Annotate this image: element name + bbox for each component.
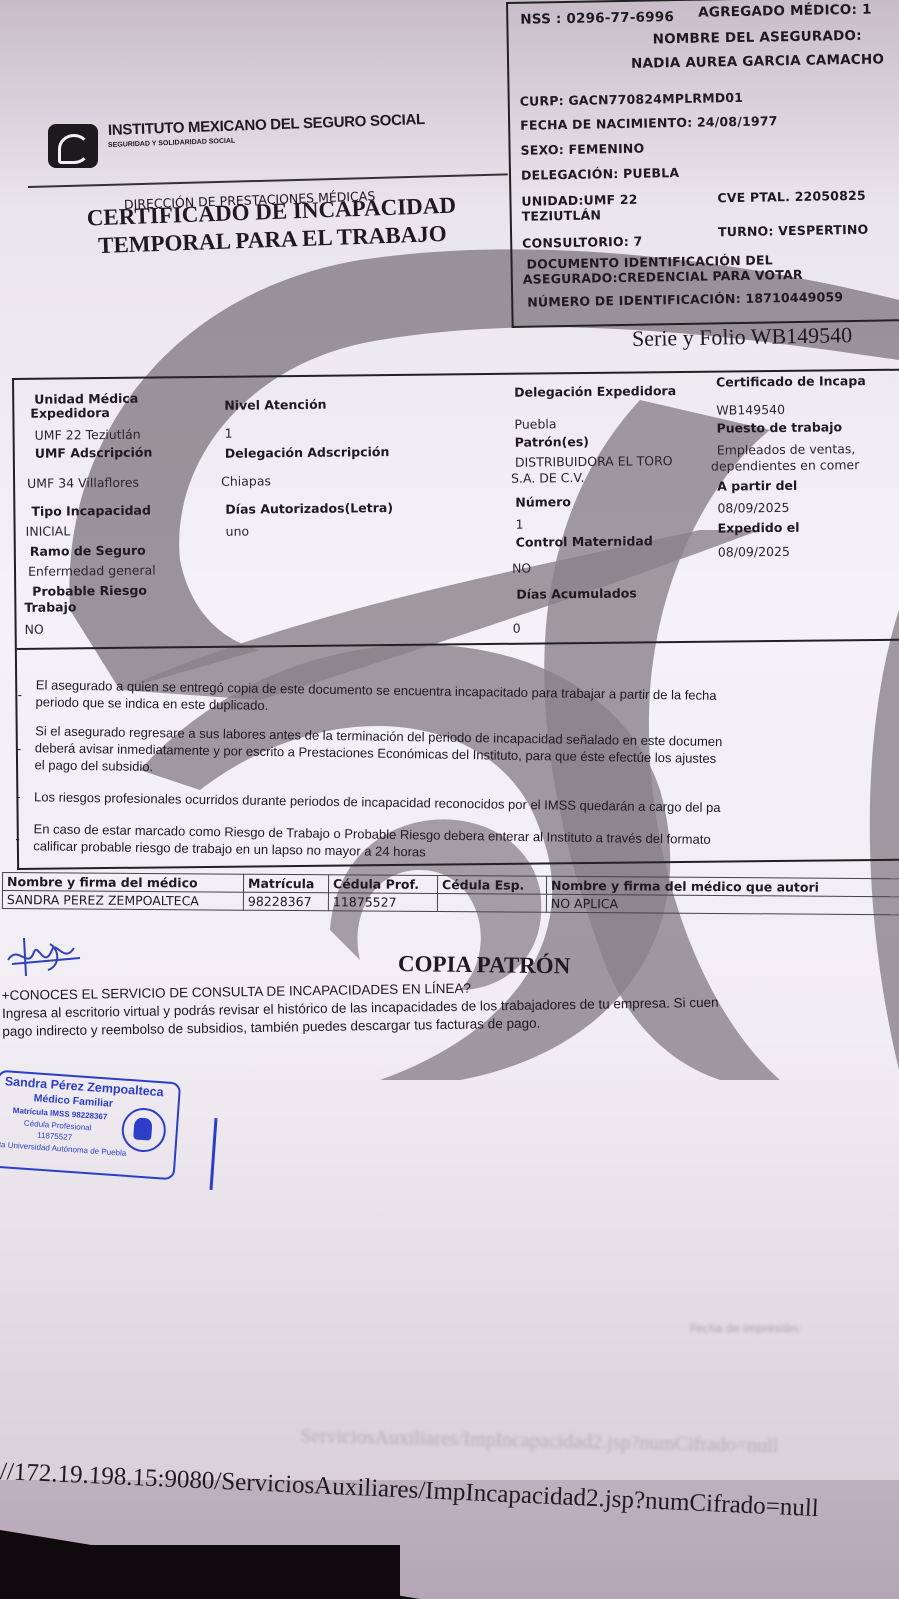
riesgo-value: NO [25, 622, 44, 637]
puesto-trabajo-value-2: dependientes en comer [711, 457, 860, 474]
expedido-value: 08/09/2025 [718, 544, 790, 560]
imss-logo-icon [48, 124, 98, 168]
doctor-table: Nombre y firma del médico Matrícula Cédu… [2, 872, 899, 915]
cell-cedula-prof: 11875527 [328, 893, 437, 912]
stamp-cedula: 11875527 [37, 1131, 73, 1142]
dias-acumulados-label: Días Acumulados [516, 585, 637, 601]
puesto-trabajo-value-1: Empleados de ventas, [717, 441, 856, 457]
unidad-medica-label-2: Expedidora [30, 405, 110, 421]
signature-icon [4, 930, 84, 980]
riesgo-label-2: Trabajo [24, 599, 76, 615]
ramo-seguro-label: Ramo de Seguro [30, 543, 146, 559]
unidad-medica-value: UMF 22 Teziutlán [35, 427, 141, 443]
dias-acumulados-value: 0 [513, 621, 521, 636]
delegacion-expedidora-label: Delegación Expedidora [514, 383, 676, 400]
cell-nombre-medico: SANDRA PEREZ ZEMPOALTECA [2, 891, 243, 911]
serie-folio: Serie y Folio WB149540 [632, 322, 853, 352]
nivel-atencion-label: Nivel Atención [224, 397, 326, 413]
col-cedula-esp: Cédula Esp. [437, 876, 546, 895]
unit-line-1: UNIDAD:UMF 22 [521, 192, 637, 209]
agregado-medico: AGREGADO MÉDICO: 1 [698, 2, 872, 21]
delegacion-adscripcion-value: Chiapas [221, 473, 271, 489]
certificado-label: Certificado de Incapa [716, 373, 866, 390]
id-number: NÚMERO DE IDENTIFICACIÓN: 18710449059 [527, 289, 843, 310]
cell-cedula-esp [437, 894, 546, 913]
patron-label: Patrón(es) [515, 434, 589, 450]
ramo-seguro-value: Enfermedad general [28, 563, 156, 579]
nivel-atencion-value: 1 [225, 426, 233, 441]
certificado-value: WB149540 [716, 402, 785, 418]
consultorio: CONSULTORIO: 7 [522, 234, 642, 251]
curp: CURP: GACN770824MPLRMD01 [520, 90, 744, 109]
delegacion-expedidora-value: Puebla [514, 416, 556, 431]
dias-autorizados-value: uno [226, 524, 250, 539]
nss: NSS : 0296-77-6996 [520, 9, 674, 28]
puesto-trabajo-label: Puesto de trabajo [716, 419, 842, 435]
doctor-stamp: Sandra Pérez Zempoalteca Médico Familiar… [0, 1070, 181, 1181]
dias-autorizados-label: Días Autorizados(Letra) [225, 500, 393, 517]
insured-name-label: NOMBRE DEL ASEGURADO: [653, 28, 862, 48]
patron-value-2: S.A. DE C.V. [511, 470, 584, 486]
document-photo: INSTITUTO MEXICANO DEL SEGURO SOCIAL SEG… [0, 0, 899, 1599]
patron-value-1: DISTRIBUIDORA EL TORO [515, 453, 673, 470]
unit-line-2: TEZIUTLÁN [522, 207, 602, 223]
a-partir-label: A partir del [717, 478, 797, 494]
umf-adscripcion-value: UMF 34 Villaflores [27, 475, 139, 491]
stamp-university: rita Universidad Autónoma de Puebla [0, 1140, 127, 1158]
riesgo-label-1: Probable Riesgo [32, 583, 147, 599]
birth-date: FECHA DE NACIMIENTO: 24/08/1977 [520, 113, 778, 132]
insured-info-box: NSS : 0296-77-6996 AGREGADO MÉDICO: 1 NO… [506, 0, 899, 328]
control-maternidad-label: Control Maternidad [516, 533, 653, 549]
col-cedula-prof: Cédula Prof. [328, 875, 437, 894]
stamp-cedula-label: Cédula Profesional [24, 1119, 92, 1133]
online-service-promo: +CONOCES EL SERVICIO DE CONSULTA DE INCA… [2, 976, 719, 1041]
a-partir-value: 08/09/2025 [717, 500, 789, 516]
control-maternidad-value: NO [512, 561, 531, 576]
expedido-label: Expedido el [718, 520, 800, 536]
turno: TURNO: VESPERTINO [718, 222, 869, 240]
numero-label: Número [515, 494, 571, 510]
cell-matricula: 98228367 [243, 892, 328, 911]
insured-name: NADIA AUREA GARCIA CAMACHO [631, 51, 884, 71]
delegation: DELEGACIÓN: PUEBLA [521, 165, 679, 183]
university-seal-icon [120, 1107, 167, 1154]
col-nombre-medico: Nombre y firma del médico [2, 873, 243, 893]
dark-background [0, 1545, 400, 1599]
tipo-incapacidad-label: Tipo Incapacidad [31, 503, 151, 519]
cve-ptal: CVE PTAL. 22050825 [717, 188, 866, 206]
cell-medico-autoriza: NO APLICA [546, 894, 899, 914]
sex: SEXO: FEMENINO [520, 141, 644, 158]
section-divider [17, 639, 899, 650]
copy-type-label: COPIA PATRÓN [398, 951, 571, 979]
delegacion-adscripcion-label: Delegación Adscripción [225, 444, 390, 461]
col-matricula: Matrícula [243, 874, 328, 893]
tipo-incapacidad-value: INICIAL [26, 523, 71, 538]
umf-adscripcion-label: UMF Adscripción [35, 445, 153, 461]
numero-value: 1 [515, 517, 523, 532]
bleed-through-text: Fecha de impresión: [690, 1322, 801, 1335]
